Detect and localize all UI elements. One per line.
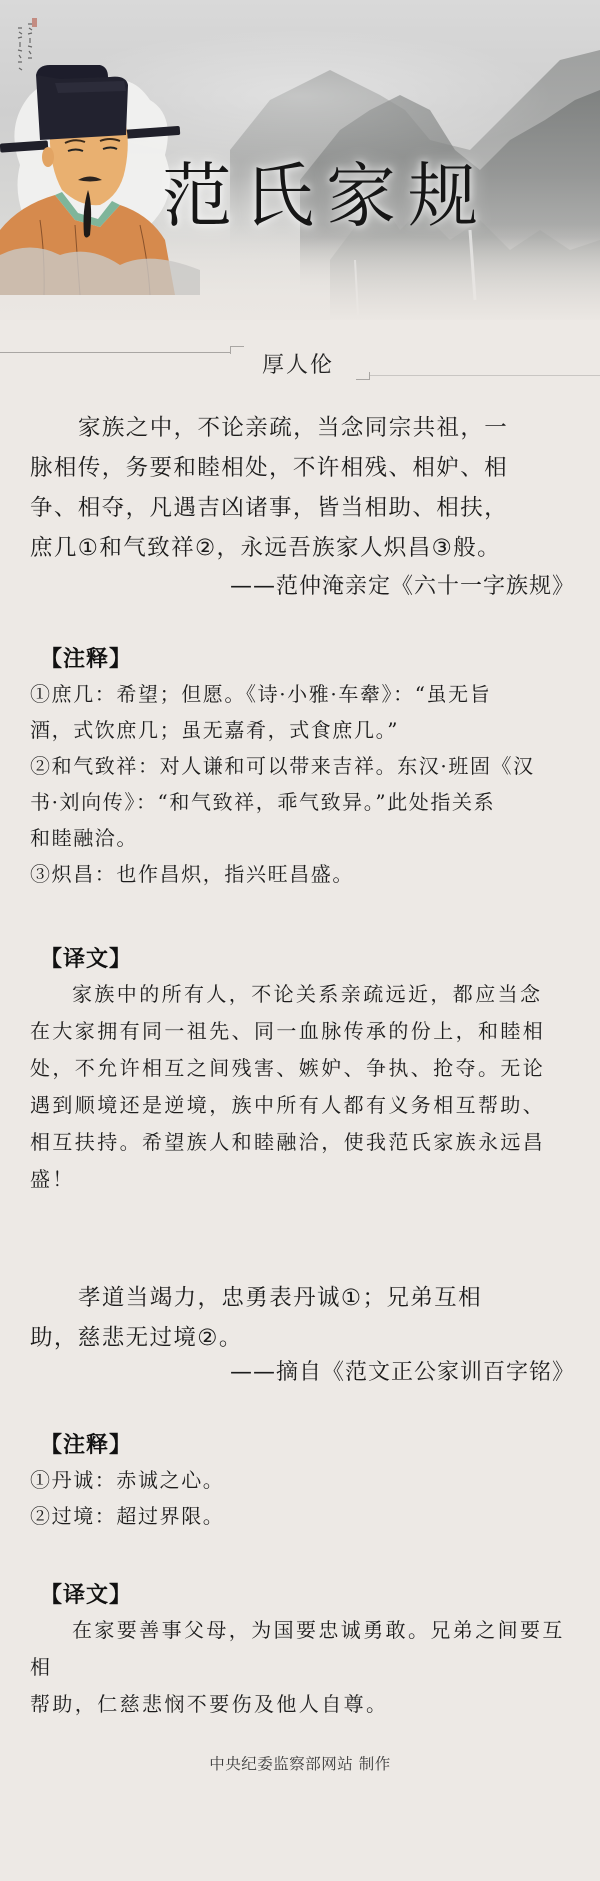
note-line: 酒，式饮庶几；虽无嘉肴，式食庶几。”: [30, 712, 575, 748]
translation-2: 【译文】 在家要善事父母，为国要忠诚勇敢。兄弟之间要互相 帮助，仁慈悲悯不要伤及…: [30, 1578, 575, 1723]
banner: 范氏家规: [0, 0, 600, 320]
banner-title: 范氏家规: [162, 140, 490, 241]
note-line: ①庶几：希望；但愿。《诗·小雅·车舝》：“虽无旨: [30, 676, 575, 712]
classic-line: 孝道当竭力，忠勇表丹诚①；兄弟互相: [30, 1278, 575, 1318]
note-line: 书·刘向传》：“和气致祥，乖气致异。”此处指关系: [30, 784, 575, 820]
divider-left: [0, 352, 231, 353]
notes-label: 【注释】: [40, 642, 575, 676]
divider-corner-top-left: [230, 346, 244, 354]
translation-line: 帮助，仁慈悲悯不要伤及他人自尊。: [30, 1686, 575, 1723]
classic-line: 家族之中，不论亲疏，当念同宗共祖，一: [30, 408, 575, 448]
notes-1: 【注释】 ①庶几：希望；但愿。《诗·小雅·车舝》：“虽无旨 酒，式饮庶几；虽无嘉…: [30, 642, 575, 892]
classic-line: 庶几①和气致祥②，永远吾族家人炽昌③般。: [30, 528, 575, 568]
classic-text-1: 家族之中，不论亲疏，当念同宗共祖，一 脉相传，务要和睦相处，不许相残、相妒、相 …: [30, 408, 575, 568]
note-line: ①丹诚：赤诚之心。: [30, 1462, 575, 1498]
translation-label: 【译文】: [40, 942, 575, 976]
classic-line: 助，慈悲无过境②。: [30, 1318, 575, 1358]
translation-line: 家族中的所有人，不论关系亲疏远近，都应当念: [30, 976, 575, 1013]
translation-line: 盛！: [30, 1161, 575, 1198]
note-line: ③炽昌：也作昌炽，指兴旺昌盛。: [30, 856, 575, 892]
translation-line: 相互扶持。希望族人和睦融洽，使我范氏家族永远昌: [30, 1124, 575, 1161]
section-header: 厚人伦: [0, 330, 600, 380]
translation-line: 在家要善事父母，为国要忠诚勇敢。兄弟之间要互相: [30, 1612, 575, 1686]
note-line: ②和气致祥：对人谦和可以带来吉祥。东汉·班固《汉: [30, 748, 575, 784]
attribution-1: ——范仲淹亲定《六十一字族规》: [30, 568, 575, 606]
notes-2: 【注释】 ①丹诚：赤诚之心。 ②过境：超过界限。: [30, 1428, 575, 1534]
translation-label: 【译文】: [40, 1578, 575, 1612]
note-line: ②过境：超过界限。: [30, 1498, 575, 1534]
attribution-2: ——摘自《范文正公家训百字铭》: [30, 1354, 575, 1392]
classic-text-2: 孝道当竭力，忠勇表丹诚①；兄弟互相 助，慈悲无过境②。: [30, 1278, 575, 1358]
notes-label: 【注释】: [40, 1428, 575, 1462]
divider-right: [370, 375, 600, 376]
translation-line: 遇到顺境还是逆境，族中所有人都有义务相互帮助、: [30, 1087, 575, 1124]
translation-1: 【译文】 家族中的所有人，不论关系亲疏远近，都应当念 在大家拥有同一祖先、同一血…: [30, 942, 575, 1198]
section-heading: 厚人伦: [262, 348, 334, 379]
classic-line: 脉相传，务要和睦相处，不许相残、相妒、相: [30, 448, 575, 488]
classic-line: 争、相夺，凡遇吉凶诸事，皆当相助、相扶，: [30, 488, 575, 528]
note-line: 和睦融洽。: [30, 820, 575, 856]
footer-credit: 中央纪委监察部网站 制作: [0, 1752, 600, 1774]
translation-line: 处，不允许相互之间残害、嫉妒、争执、抢夺。无论: [30, 1050, 575, 1087]
divider-corner-bottom-right: [356, 372, 370, 380]
translation-line: 在大家拥有同一祖先、同一血脉传承的份上，和睦相: [30, 1013, 575, 1050]
